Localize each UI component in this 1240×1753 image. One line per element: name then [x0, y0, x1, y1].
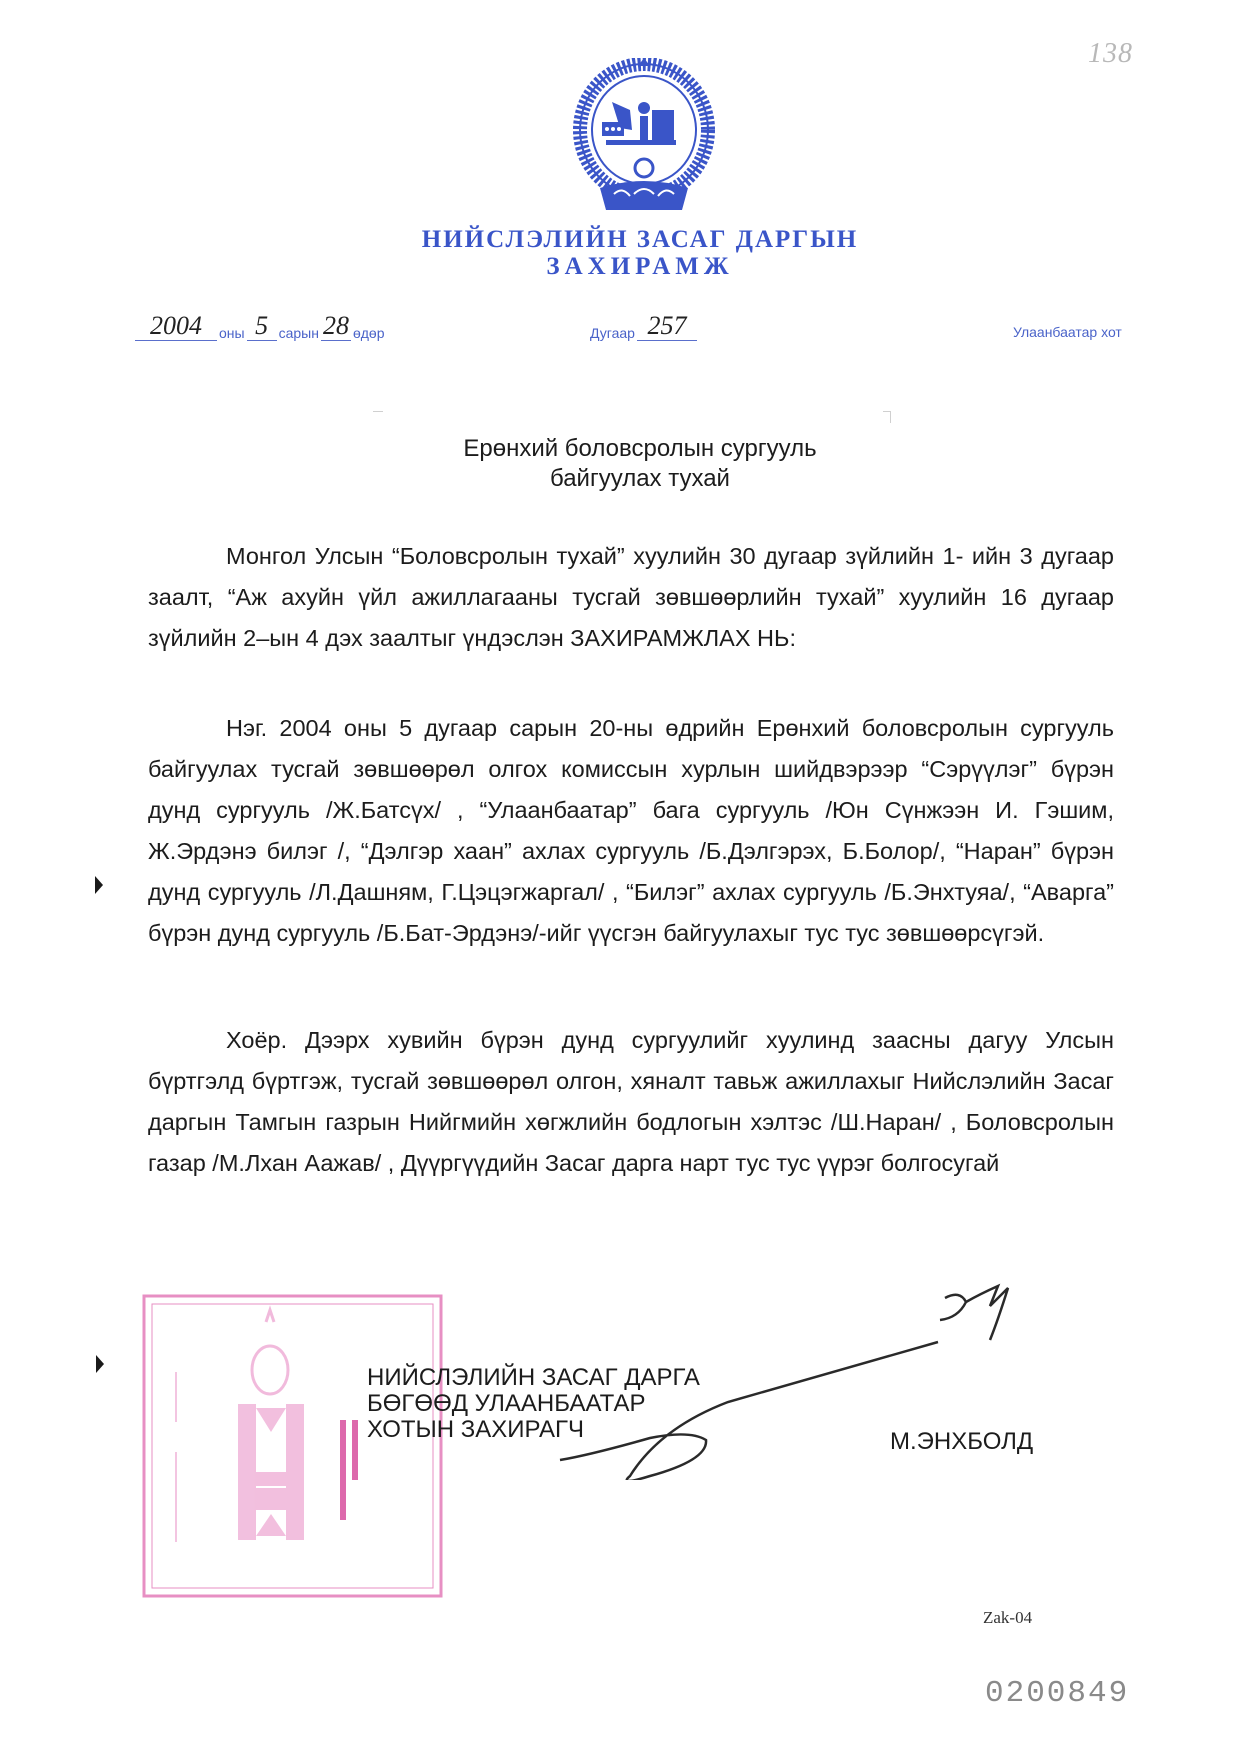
decree-number-field: Дугаар257: [588, 312, 697, 341]
clause-two-paragraph: Хоёр. Дээрх хувийн бүрэн дунд сургуулийг…: [148, 1020, 1114, 1184]
month-value: 5: [247, 312, 277, 341]
subject-corner-mark-left: [373, 411, 383, 412]
clause-one-paragraph: Нэг. 2004 оны 5 дугаар сарын 20-ны өдрий…: [148, 708, 1114, 954]
subject-line-2: байгуулах тухай: [0, 464, 1240, 494]
subject-line-1: Ерөнхий боловсролын сургууль: [0, 434, 1240, 464]
day-value: 28: [321, 312, 351, 341]
month-label: сарын: [277, 325, 321, 341]
punch-hole-mark: [96, 1355, 104, 1373]
signatory-title: НИЙСЛЭЛИЙН ЗАСАГ ДАРГА БӨГӨӨД УЛААНБААТА…: [367, 1365, 700, 1443]
preamble-paragraph: Монгол Улсын “Боловсролын тухай” хуулийн…: [148, 536, 1114, 659]
issuing-authority-title: НИЙСЛЭЛИЙН ЗАСАГ ДАРГЫН ЗАХИРАМЖ: [0, 226, 1240, 280]
mongolia-state-emblem-icon: [570, 58, 718, 214]
page-number: 138: [1088, 38, 1133, 70]
decree-number-value: 257: [637, 312, 697, 341]
subject-corner-mark-right-v: [890, 411, 891, 423]
year-value: 2004: [135, 312, 217, 341]
date-number-line: 2004оны5сарын28өдөр Дугаар257 Улаанбаата…: [0, 312, 1240, 346]
date-field: 2004оны5сарын28өдөр: [135, 312, 387, 341]
signatory-title-line-1: НИЙСЛЭЛИЙН ЗАСАГ ДАРГА: [367, 1365, 700, 1391]
day-label: өдөр: [351, 325, 387, 341]
signatory-title-line-3: ХОТЫН ЗАХИРАГЧ: [367, 1417, 700, 1443]
year-label: оны: [217, 325, 247, 341]
signer-name: М.ЭНХБОЛД: [890, 1428, 1033, 1456]
city-label: Улаанбаатар хот: [1013, 324, 1122, 340]
form-code: Zak-04: [983, 1608, 1032, 1628]
decree-subject: Ерөнхий боловсролын сургууль байгуулах т…: [0, 434, 1240, 494]
punch-hole-mark: [95, 876, 103, 894]
org-line-1: НИЙСЛЭЛИЙН ЗАСАГ ДАРГЫН: [0, 226, 1240, 253]
document-type: ЗАХИРАМЖ: [0, 253, 1240, 280]
official-seal-stamp-icon: [140, 1292, 445, 1600]
number-label: Дугаар: [588, 325, 637, 341]
serial-number: 0200849: [985, 1676, 1129, 1711]
signatory-title-line-2: БӨГӨӨД УЛААНБААТАР: [367, 1391, 700, 1417]
